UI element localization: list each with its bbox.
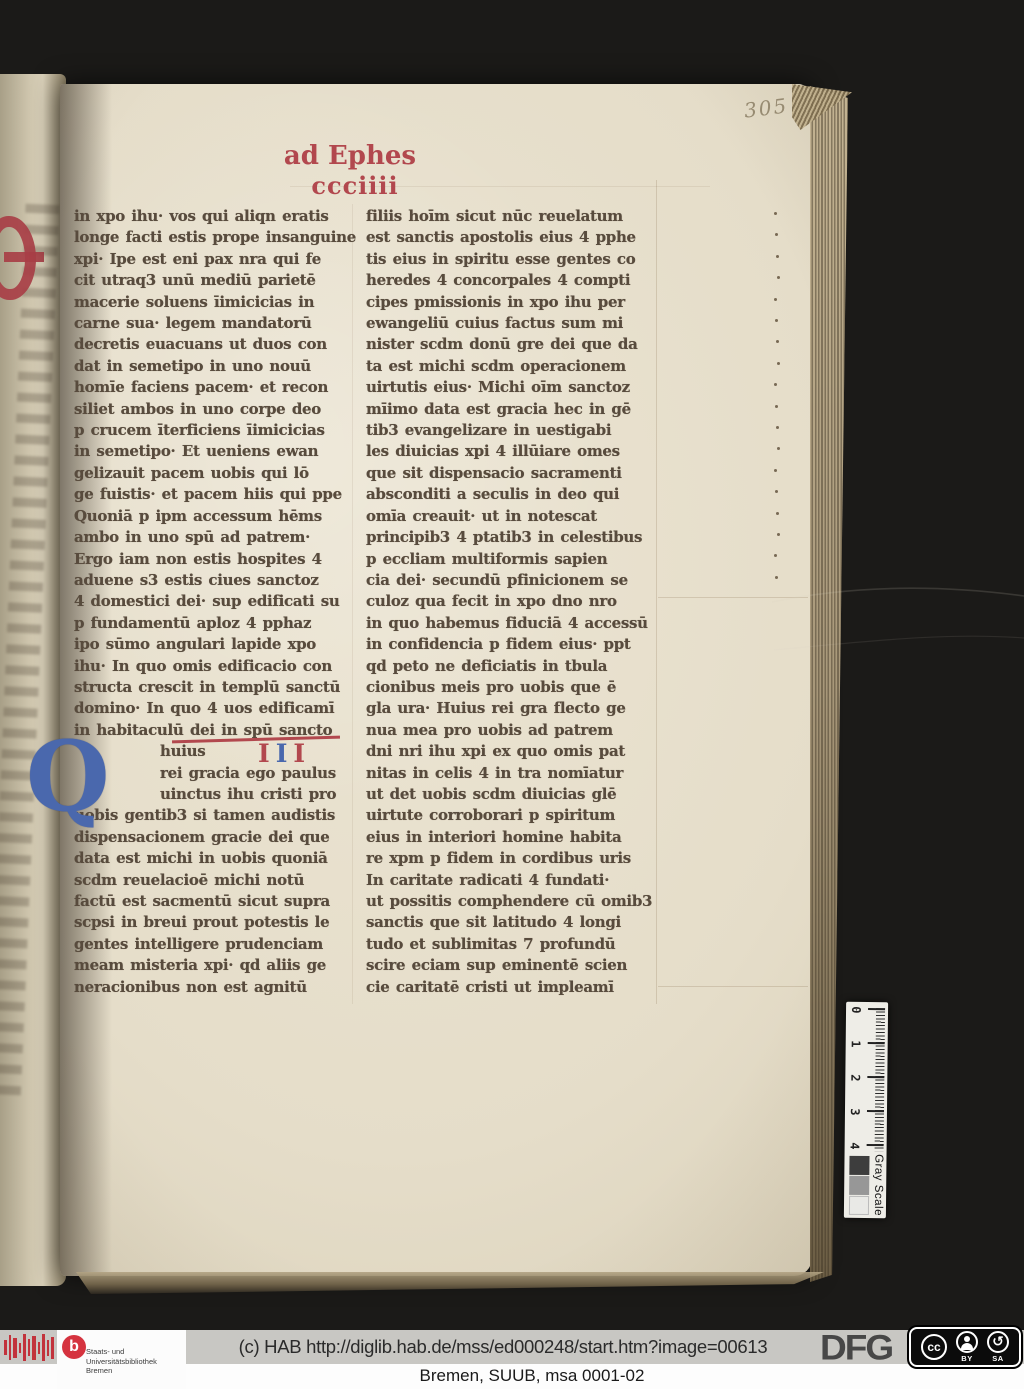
text-line: absconditi a seculis in deo qui xyxy=(366,485,656,506)
grayscale-ruler: 01234 Gray Scale xyxy=(844,1002,888,1218)
cc-sa-label: SA xyxy=(992,1354,1003,1363)
text-line: ta est michi scdm operacionem xyxy=(366,357,656,378)
text-line: In caritate radicati 4 fundati· xyxy=(366,871,656,892)
text-line: tib3 evangelizare in uestigabi xyxy=(366,421,656,442)
cc-sa-block: ↺ SA xyxy=(987,1331,1009,1363)
text-line: uobis gentib3 si tamen audistis xyxy=(74,806,364,827)
text-line: 4 domestici dei· sup edificati su xyxy=(74,592,364,613)
text-line: ambo in uno spū ad patrem· xyxy=(74,528,364,549)
text-line: structa crescit in templū sanctū xyxy=(74,678,364,699)
pricking-marks xyxy=(774,212,782,602)
text-line: in semetipo· Et ueniens ewan xyxy=(74,442,364,463)
text-line: mīimo data est gracia hec in gē xyxy=(366,400,656,421)
chapter-number-rubric: ccciiii xyxy=(300,171,410,200)
text-line: gla ura· Huius rei gra flecto ge xyxy=(366,699,656,720)
text-line: eius in interiori homine habita xyxy=(366,828,656,849)
text-line: omīa creauit· ut in notescat xyxy=(366,507,656,528)
gray-patches xyxy=(849,1156,870,1216)
ruling-line xyxy=(658,597,808,598)
text-line: nua mea pro uobis ad patrem xyxy=(366,721,656,742)
text-line: huius xyxy=(74,742,364,763)
text-line: Quoniā p ipm accessum hēms xyxy=(74,507,364,528)
text-line: ge fuistis· et pacem hiis qui ppe xyxy=(74,485,364,506)
fore-edge-page-stack xyxy=(810,86,848,1282)
text-line: aduene s3 estis ciues sanctoz xyxy=(74,571,364,592)
text-line: filiis hoīm sicut nūc reuelatum xyxy=(366,207,656,228)
text-line: gentes intelligere prudenciam xyxy=(74,935,364,956)
text-line: factū est sacmentū sicut supra xyxy=(74,892,364,913)
text-line: est sanctis apostolis eius 4 pphe xyxy=(366,228,656,249)
cc-by-person-icon xyxy=(956,1331,978,1353)
text-line: in quo habemus fiduciā 4 accessū xyxy=(366,614,656,635)
text-line: meam misteria xpi· qd aliis ge xyxy=(74,956,364,977)
cc-by-label: BY xyxy=(961,1354,972,1363)
text-line: scire eciam sup eminentē scien xyxy=(366,956,656,977)
cc-sa-arrow-icon: ↺ xyxy=(987,1331,1009,1353)
text-line: in xpo ihu· vos qui aliqn eratis xyxy=(74,207,364,228)
running-title-rubric: ad Ephes xyxy=(280,141,420,171)
text-line: uirtute corroborari p spiritum xyxy=(366,806,656,827)
text-line: cit utraq3 unū mediū parietē xyxy=(74,271,364,292)
gray-patch-dark xyxy=(849,1156,869,1175)
text-line: p fundamentū aploz 4 pphaz xyxy=(74,614,364,635)
text-line: cionibus meis pro uobis que ē xyxy=(366,678,656,699)
text-line: neracionibus non est agnitū xyxy=(74,978,364,999)
text-line: homīe faciens pacem· et recon xyxy=(74,378,364,399)
text-line: tis eius in spiritu esse gentes co xyxy=(366,250,656,271)
facing-page-text-texture xyxy=(0,204,60,1105)
text-line: uirtutis eius· Michi oīm sanctoz xyxy=(366,378,656,399)
text-line: qd peto ne deficiatis in tbula xyxy=(366,657,656,678)
text-line: culoz qua fecit in xpo dno nro xyxy=(366,592,656,613)
text-line: xpi· Ipe est eni pax nra qui fe xyxy=(74,250,364,271)
text-line: dispensacionem gracie dei que xyxy=(74,828,364,849)
text-line: longe facti estis prope insanguine xyxy=(74,228,364,249)
text-column-left: in xpo ihu· vos qui aliqn eratislonge fa… xyxy=(74,207,364,999)
text-line: ut det uobis scdm diuicias glē xyxy=(366,785,656,806)
shelfmark-caption: Bremen, SUUB, msa 0001-02 xyxy=(40,1366,1024,1386)
text-line: dni nri ihu xpi ex quo omis pat xyxy=(366,742,656,763)
text-line: data est michi in uobis quoniā xyxy=(74,849,364,870)
cc-license-badge: cc BY ↺ SA xyxy=(909,1327,1021,1367)
text-line: sanctis que sit latitudo 4 longi xyxy=(366,913,656,934)
facing-page-red-initial-bar xyxy=(4,252,44,262)
text-line: scpsi in breui prout potestis le xyxy=(74,913,364,934)
text-line: domino· In quo 4 uos edificamī xyxy=(74,699,364,720)
ruler-label: Gray Scale xyxy=(872,1154,885,1218)
cc-by-block: BY xyxy=(956,1331,978,1363)
text-line: que sit dispensacio sacramenti xyxy=(366,464,656,485)
text-line: p eccliam multiformis sapien xyxy=(366,550,656,571)
text-line: scdm reuelacioē michi notū xyxy=(74,871,364,892)
text-line: principib3 4 ptatib3 in celestibus xyxy=(366,528,656,549)
text-line: ihu· In quo omis edificacio con xyxy=(74,657,364,678)
text-line: cipes pmissionis in xpo ihu per xyxy=(366,293,656,314)
text-line: dat in semetipo in uno nouū xyxy=(74,357,364,378)
text-line: uinctus ihu cristi pro xyxy=(74,785,364,806)
ruling-line xyxy=(656,180,657,1004)
text-line: nitas in celis 4 in tra nomīatur xyxy=(366,764,656,785)
text-line: cia dei· secundū pfinicionem se xyxy=(366,571,656,592)
scan-viewport: 305 ad Ephes ccciiii in xpo ihu· vos qui… xyxy=(0,0,1024,1389)
cc-icon: cc xyxy=(921,1334,947,1360)
text-line: cie caritatē cristi ut impleamī xyxy=(366,978,656,999)
text-line: p crucem īterficiens īimicicias xyxy=(74,421,364,442)
text-line: re xpm p fidem in cordibus uris xyxy=(366,849,656,870)
text-line: decretis euacuans ut duos con xyxy=(74,335,364,356)
chapter-numeral: III xyxy=(258,741,311,766)
illuminated-initial: Q xyxy=(26,736,110,819)
text-line: ewangeliū cuius factus sum mi xyxy=(366,314,656,335)
text-line: ut possitis comphendere cū omib3 xyxy=(366,892,656,913)
text-line: heredes 4 concorpales 4 compti xyxy=(366,271,656,292)
text-line: ipo sūmo angulari lapide xpo xyxy=(74,635,364,656)
text-line: in confidencia p fidem eius· ppt xyxy=(366,635,656,656)
text-line: siliet ambos in uno corpe deo xyxy=(74,400,364,421)
text-line: carne sua· legem mandatorū xyxy=(74,314,364,335)
bottom-page-edge xyxy=(76,1272,824,1294)
text-line: macerie soluens īimicicias in xyxy=(74,293,364,314)
text-line: les diuicias xpi 4 illūiare omes xyxy=(366,442,656,463)
text-column-right: filiis hoīm sicut nūc reuelatumest sanct… xyxy=(366,207,656,999)
text-line: nister scdm donū gre dei que da xyxy=(366,335,656,356)
gray-patch-light xyxy=(849,1196,869,1215)
facing-page-edge xyxy=(0,74,66,1286)
text-line: gelizauit pacem uobis qui lō xyxy=(74,464,364,485)
text-line: Ergo iam non estis hospites 4 xyxy=(74,550,364,571)
gray-patch-mid xyxy=(849,1176,869,1195)
dfg-logo: DFG xyxy=(820,1328,892,1368)
ruling-line xyxy=(658,986,808,987)
text-line: rei gracia ego paulus xyxy=(74,764,364,785)
text-line: tudo et sublimitas 7 profundū xyxy=(366,935,656,956)
